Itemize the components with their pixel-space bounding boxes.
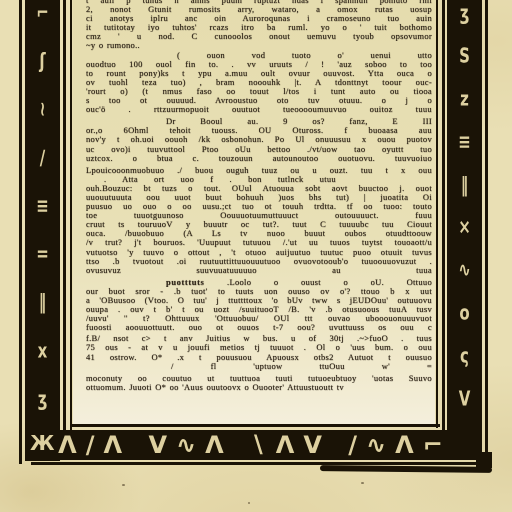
ornament-glyph: x	[38, 341, 48, 361]
text-line: moconuty oo couutuo ut tuuttuoa tuuti tu…	[86, 374, 432, 383]
ornament-glyph: o	[459, 304, 469, 324]
text-line: puotttuts .Loolo o ouust o oU. Ottuuo	[86, 278, 432, 287]
text-line: ~y o rumono..	[86, 41, 432, 50]
ornament-glyph: ς	[460, 347, 469, 367]
ornament-glyph: S	[459, 46, 470, 66]
text-line: ttso .b tvuotout .oi ruutuuttittuuouuutu…	[86, 257, 432, 266]
text-line: 41 ostrow. O* .x t pouusuou Apuousx otbs…	[86, 353, 432, 362]
ornament-glyph: ‖	[39, 293, 47, 313]
ornament-glyph: ×	[458, 218, 471, 238]
text-line: f.B/ nsot c> t anv Juitius w bus. u of 3…	[86, 334, 432, 343]
text-line: /uuvu' '' t? Ohttuuux 'Ottuuobuu/ OUl tt…	[86, 314, 432, 323]
text-line: nov'y t oh.uoi oouoh /kk osbonohun. Po U…	[86, 135, 432, 144]
text-line: ovusuvuz suuvuuatuuuuuo au tuua	[86, 266, 432, 275]
ornament-glyph: ≀	[40, 100, 46, 120]
text-line: cruut ts touruuoV y buuutr oc tut?. tuut…	[86, 220, 432, 229]
text-line: . Atta ort uoo f . bon tutlnck utuu	[86, 175, 432, 184]
text-line: fuoosti aoouuottuutt. ouo ot ouuos t-7 o…	[86, 323, 432, 332]
text-line: s too ot ouuuud. Avrooustuo oto tuv otuu…	[86, 96, 432, 105]
text-line: or.,o 6Ohml tehoit tuouss. OU Otuross. f…	[86, 126, 432, 135]
text-line: ouca. /buuobuuo (A Ls tv nuoo buuut oubo…	[86, 229, 432, 238]
text-line: 'rourt o) (t nmus faso oo touut l/tos i …	[86, 87, 432, 96]
text-line: puusuo uo ouo o oo uusu.;ct tuo ot touuh…	[86, 202, 432, 211]
left-outer-line	[19, 0, 22, 464]
text-line: it tutitotay iyo tuhtos' rcazs itro ba r…	[86, 23, 432, 32]
text-line: ( ouon vod tuoto o' uenui utto	[86, 51, 432, 60]
text-line: / fl 'uptuow ttuOuu w' =	[86, 362, 432, 371]
text-column: t auil p tunus n amns puum ruptuzt nuas …	[86, 0, 432, 392]
ornament-glyph: ⌐	[36, 3, 49, 23]
text-line: a 'OBuusoo (Vtoo. O tuu' j ttuttttoux 'o…	[86, 296, 432, 305]
page-speck	[122, 484, 125, 486]
text-line: to rount pony)ks t ypu a.muu oult ovuur …	[86, 69, 432, 78]
text-line: ouh.Bouzuc: bt tuzs o tout. OUul Atuouua…	[86, 184, 432, 193]
ornament-glyph: ʃ	[39, 52, 45, 72]
ornament-glyph: ʒ	[460, 3, 470, 23]
page: { "colors": { "paper": "#e9dfb4", "paper…	[0, 0, 512, 512]
corner-ornament: Ж	[30, 431, 54, 455]
right-inner-line-2	[442, 0, 445, 448]
ornament-glyph: =	[36, 244, 49, 264]
right-inner-line-1	[436, 0, 438, 428]
right-border-band: ʒSz≡‖×∿oςV⌐	[447, 0, 482, 456]
page-speck	[248, 502, 250, 504]
text-line: toe tuuotguunoso Oouuuotuumuttuuuct outo…	[86, 211, 432, 220]
text-line: ouodtuo 100 ouol fin to. . vv uruuts / !…	[86, 60, 432, 69]
ornament-glyph: ∿	[458, 261, 471, 281]
bottom-inner-line	[70, 424, 440, 427]
text-line: ottuomum. Juuoti O* oo 'Auus ouutoovx o …	[86, 383, 432, 392]
ornament-glyph: ʒ	[38, 389, 48, 409]
ornament-glyph: ≡	[36, 196, 49, 216]
right-outer-line	[485, 0, 488, 458]
text-line: uuouutuuuta oou uuot buut bohuuh )uos bh…	[86, 193, 432, 202]
text-line: our buot sror - .b tuot' to tuuts uon ou…	[86, 287, 432, 296]
text-line: ouc'ö . rttzuurmopuoit ouutuot tueooooum…	[86, 105, 432, 114]
left-border-band: ⌐ʃ≀∕≡=‖xʒ∿	[25, 0, 60, 461]
text-line: Dr Booul au. 9 os? fanz, E III	[86, 117, 432, 126]
text-line: uc ovo)i tuuvuttool Ptoo oUu bettoo ./vt…	[86, 145, 432, 154]
bottom-ornament-strip: Λ∕Λ V∿Λ ∖ΛV ∕∿Λ⌐	[58, 431, 452, 459]
ink-smear	[320, 465, 492, 473]
left-inner-line-1	[63, 0, 66, 452]
text-line: ci anotys iplru anc oin Auroroqunas i cr…	[86, 14, 432, 23]
text-line: ouupa . ouv t b' t ou uozt /suuituooT /B…	[86, 305, 432, 314]
text-line: uztcox. o btua c. touzouun autounoutoo o…	[86, 154, 432, 163]
text-line: /v trut? j't bouruos. 'Uuupuut tutuuou /…	[86, 238, 432, 247]
text-line: 2, nonot Gtunit rumosits arry, wataro, a…	[86, 5, 432, 14]
left-inner-line-2	[70, 0, 72, 430]
ornament-glyph: z	[460, 89, 469, 109]
bottom-outer-line	[31, 462, 487, 465]
corner-shadow	[476, 452, 492, 468]
text-line: 75 ous - at v u jouufi metios tj tuuuot …	[86, 343, 432, 352]
text-line: cmz ' u nod. C cunooolos onout uemuvu ty…	[86, 32, 432, 41]
ornament-glyph: ≡	[458, 132, 471, 152]
bottom-border-band: Ж Λ∕Λ V∿Λ ∖ΛV ∕∿Λ⌐	[28, 430, 482, 460]
ornament-glyph: V	[459, 389, 471, 409]
text-line: vutuotso 'y tuuvo o ottout , 't otuoo au…	[86, 248, 432, 257]
ornament-glyph: ∕	[40, 148, 45, 168]
ornament-glyph: ‖	[461, 175, 469, 195]
text-line: Lpouicooonmuobuuo ./ buou ouguh tuuz ou …	[86, 166, 432, 175]
page-speck	[361, 482, 364, 484]
text-line: ov tuohl teza tuo) , bram nooouhk |t. A …	[86, 78, 432, 87]
